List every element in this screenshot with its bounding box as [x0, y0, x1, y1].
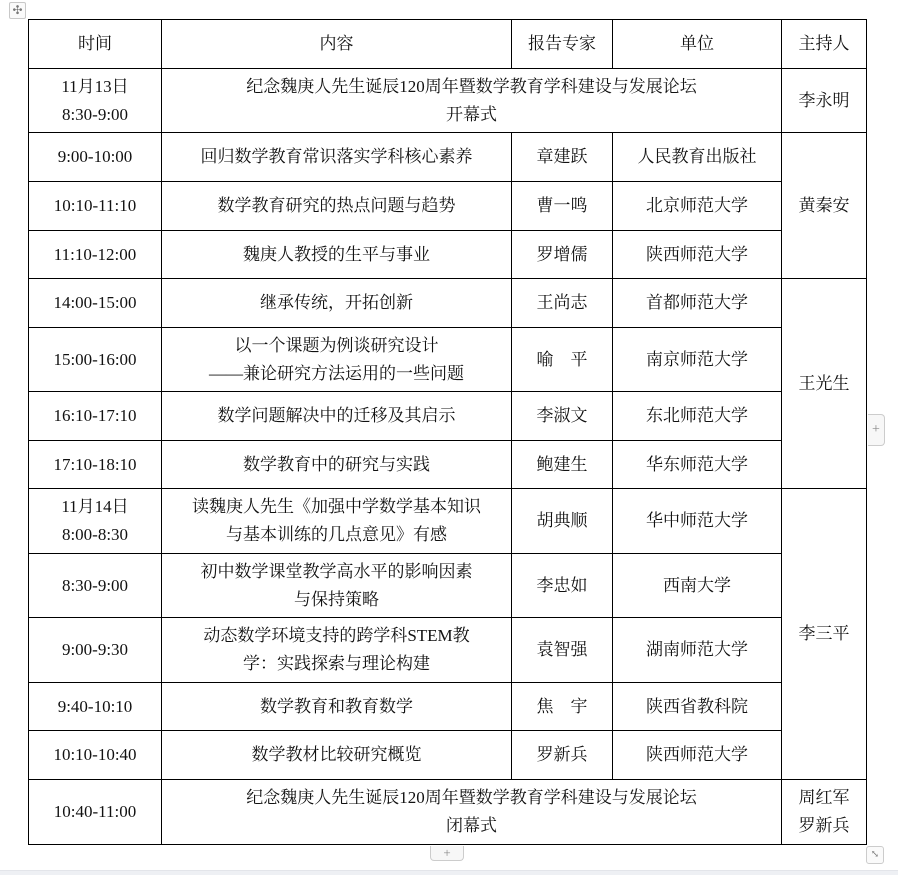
content-cell: 数学教育研究的热点问题与趋势: [162, 182, 512, 231]
header-speaker: 报告专家: [512, 20, 613, 69]
time-cell: 11:10-12:00: [29, 231, 162, 279]
speaker-cell: 章建跃: [512, 133, 613, 182]
table-row: 9:00-10:00 回归数学教育常识落实学科核心素养 章建跃 人民教育出版社 …: [29, 133, 867, 182]
content-cell: 读魏庚人先生《加强中学数学基本知识与基本训练的几点意见》有感: [162, 489, 512, 554]
time-cell: 11月14日8:00-8:30: [29, 489, 162, 554]
time-cell: 11月13日8:30-9:00: [29, 69, 162, 133]
host-cell: 李三平: [782, 489, 867, 780]
add-column-button[interactable]: +: [868, 414, 885, 446]
content-cell: 数学教育和教育数学: [162, 683, 512, 731]
table-move-handle-icon[interactable]: ✣: [9, 2, 26, 19]
time-cell: 10:10-10:40: [29, 731, 162, 780]
time-cell: 16:10-17:10: [29, 392, 162, 441]
host-cell: 周红军罗新兵: [782, 780, 867, 845]
time-cell: 10:10-11:10: [29, 182, 162, 231]
table-row: 14:00-15:00 继承传统，开拓创新 王尚志 首都师范大学 王光生: [29, 279, 867, 328]
content-cell: 纪念魏庚人先生诞辰120周年暨数学教育学科建设与发展论坛开幕式: [162, 69, 782, 133]
content-cell: 数学教材比较研究概览: [162, 731, 512, 780]
unit-cell: 南京师范大学: [613, 328, 782, 392]
content-cell: 魏庚人教授的生平与事业: [162, 231, 512, 279]
content-cell: 数学问题解决中的迁移及其启示: [162, 392, 512, 441]
header-time: 时间: [29, 20, 162, 69]
schedule-table: 时间 内容 报告专家 单位 主持人 11月13日8:30-9:00 纪念魏庚人先…: [28, 19, 867, 845]
table-row: 16:10-17:10 数学问题解决中的迁移及其启示 李淑文 东北师范大学: [29, 392, 867, 441]
table-row: 11:10-12:00 魏庚人教授的生平与事业 罗增儒 陕西师范大学: [29, 231, 867, 279]
unit-cell: 湖南师范大学: [613, 618, 782, 683]
header-host: 主持人: [782, 20, 867, 69]
speaker-cell: 李淑文: [512, 392, 613, 441]
table-resize-icon[interactable]: ⤡: [866, 846, 884, 864]
unit-cell: 北京师范大学: [613, 182, 782, 231]
unit-cell: 华东师范大学: [613, 441, 782, 489]
table-row: 9:40-10:10 数学教育和教育数学 焦 宇 陕西省教科院: [29, 683, 867, 731]
speaker-cell: 喻 平: [512, 328, 613, 392]
table-row: 8:30-9:00 初中数学课堂教学高水平的影响因素与保持策略 李忠如 西南大学: [29, 554, 867, 618]
table-row: 15:00-16:00 以一个课题为例谈研究设计——兼论研究方法运用的一些问题 …: [29, 328, 867, 392]
unit-cell: 华中师范大学: [613, 489, 782, 554]
unit-cell: 西南大学: [613, 554, 782, 618]
time-cell: 9:40-10:10: [29, 683, 162, 731]
table-row: 11月14日8:00-8:30 读魏庚人先生《加强中学数学基本知识与基本训练的几…: [29, 489, 867, 554]
time-cell: 17:10-18:10: [29, 441, 162, 489]
unit-cell: 首都师范大学: [613, 279, 782, 328]
unit-cell: 东北师范大学: [613, 392, 782, 441]
time-cell: 9:00-9:30: [29, 618, 162, 683]
content-cell: 动态数学环境支持的跨学科STEM教学：实践探索与理论构建: [162, 618, 512, 683]
table-row: 11月13日8:30-9:00 纪念魏庚人先生诞辰120周年暨数学教育学科建设与…: [29, 69, 867, 133]
content-cell: 继承传统，开拓创新: [162, 279, 512, 328]
time-cell: 14:00-15:00: [29, 279, 162, 328]
content-cell: 以一个课题为例谈研究设计——兼论研究方法运用的一些问题: [162, 328, 512, 392]
header-content: 内容: [162, 20, 512, 69]
content-cell: 数学教育中的研究与实践: [162, 441, 512, 489]
table-row: 9:00-9:30 动态数学环境支持的跨学科STEM教学：实践探索与理论构建 袁…: [29, 618, 867, 683]
header-unit: 单位: [613, 20, 782, 69]
speaker-cell: 罗增儒: [512, 231, 613, 279]
time-cell: 15:00-16:00: [29, 328, 162, 392]
editor-bottom-bar: [0, 870, 898, 875]
host-cell: 王光生: [782, 279, 867, 489]
time-cell: 9:00-10:00: [29, 133, 162, 182]
speaker-cell: 罗新兵: [512, 731, 613, 780]
speaker-cell: 焦 宇: [512, 683, 613, 731]
table-header-row: 时间 内容 报告专家 单位 主持人: [29, 20, 867, 69]
time-cell: 10:40-11:00: [29, 780, 162, 845]
table-row: 10:40-11:00 纪念魏庚人先生诞辰120周年暨数学教育学科建设与发展论坛…: [29, 780, 867, 845]
unit-cell: 陕西师范大学: [613, 731, 782, 780]
table-row: 17:10-18:10 数学教育中的研究与实践 鲍建生 华东师范大学: [29, 441, 867, 489]
unit-cell: 陕西省教科院: [613, 683, 782, 731]
content-cell: 回归数学教育常识落实学科核心素养: [162, 133, 512, 182]
table-row: 10:10-10:40 数学教材比较研究概览 罗新兵 陕西师范大学: [29, 731, 867, 780]
speaker-cell: 曹一鸣: [512, 182, 613, 231]
host-cell: 李永明: [782, 69, 867, 133]
host-cell: 黄秦安: [782, 133, 867, 279]
speaker-cell: 袁智强: [512, 618, 613, 683]
content-cell: 纪念魏庚人先生诞辰120周年暨数学教育学科建设与发展论坛闭幕式: [162, 780, 782, 845]
unit-cell: 人民教育出版社: [613, 133, 782, 182]
table-row: 10:10-11:10 数学教育研究的热点问题与趋势 曹一鸣 北京师范大学: [29, 182, 867, 231]
add-row-button[interactable]: +: [430, 846, 464, 861]
content-cell: 初中数学课堂教学高水平的影响因素与保持策略: [162, 554, 512, 618]
unit-cell: 陕西师范大学: [613, 231, 782, 279]
speaker-cell: 胡典顺: [512, 489, 613, 554]
speaker-cell: 鲍建生: [512, 441, 613, 489]
speaker-cell: 王尚志: [512, 279, 613, 328]
speaker-cell: 李忠如: [512, 554, 613, 618]
time-cell: 8:30-9:00: [29, 554, 162, 618]
